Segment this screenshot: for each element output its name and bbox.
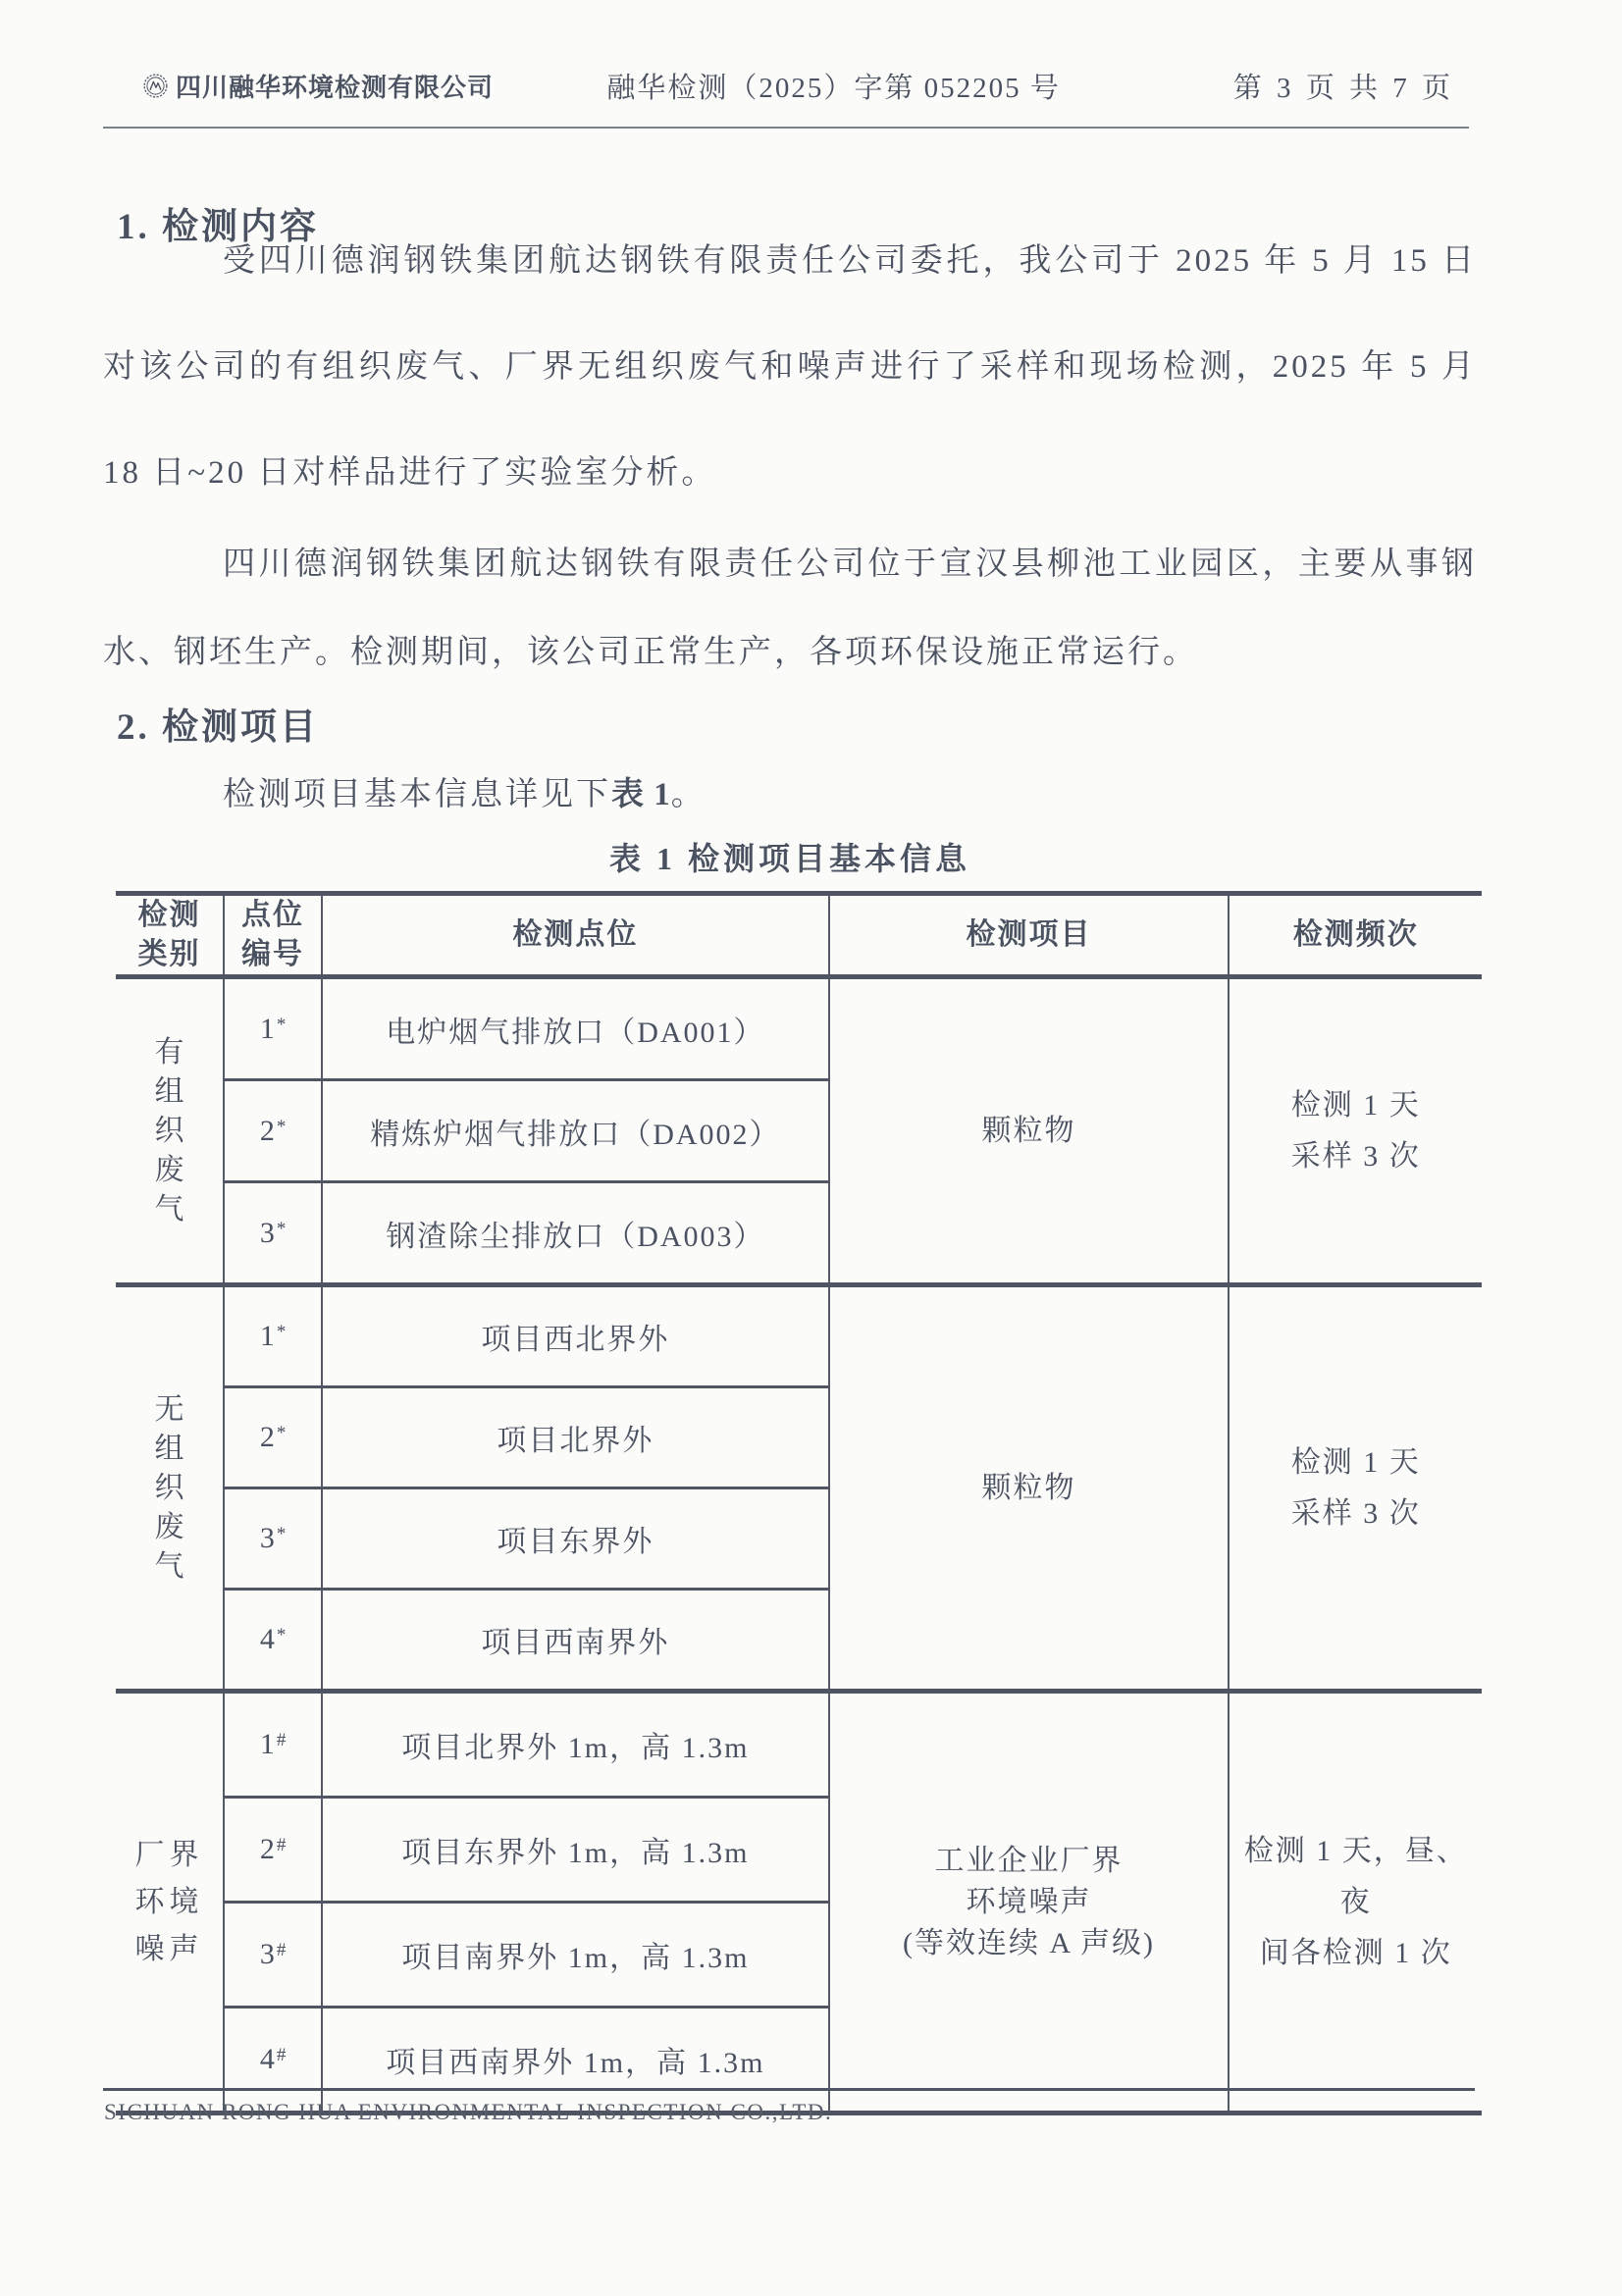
point-number-mark: * <box>277 1322 287 1342</box>
section1-paragraph1: 受四川德润钢铁集团航达钢铁有限责任公司委托，我公司于 2025 年 5 月 15… <box>103 208 1477 526</box>
footer-divider <box>103 2088 1475 2091</box>
header-company-name: 四川融华环境检测有限公司 <box>176 68 494 104</box>
point-number-cell: 2* <box>224 1080 322 1182</box>
point-number: 2 <box>260 1115 277 1147</box>
page-content: 四川融华环境检测有限公司 融华检测（2025）字第 052205 号 第 3 页… <box>103 0 1482 2296</box>
section2-paragraph: 检测项目基本信息详见下表 1。 <box>103 767 1477 822</box>
frequency-cell: 检测 1 天 采样 3 次 <box>1229 977 1482 1285</box>
frequency-cell: 检测 1 天 采样 3 次 <box>1229 1285 1482 1692</box>
table-caption: 表 1 检测项目基本信息 <box>103 834 1477 879</box>
point-number-cell: 3# <box>224 1903 322 2008</box>
point-number-mark: * <box>277 1219 287 1239</box>
point-number-cell: 2* <box>224 1387 322 1488</box>
point-number-cell: 3* <box>224 1488 322 1590</box>
point-number: 4 <box>260 1623 277 1655</box>
header-page-info: 第 3 页 共 7 页 <box>1233 66 1454 106</box>
section2-title: 2. 检测项目 <box>117 697 319 750</box>
point-number-cell: 2# <box>224 1798 322 1903</box>
point-number-mark: # <box>277 1940 287 1960</box>
category-cell: 厂界 环境 噪声 <box>116 1692 224 2113</box>
point-number-mark: * <box>277 1117 287 1137</box>
point-number: 3 <box>260 1938 277 1970</box>
point-number-mark: # <box>277 1835 287 1855</box>
frequency-cell: 检测 1 天，昼、夜 间各检测 1 次 <box>1229 1692 1482 2113</box>
point-number-mark: * <box>277 1625 287 1645</box>
point-number-mark: # <box>277 2045 287 2065</box>
section1-paragraph2: 四川德润钢铁集团航达钢铁有限责任公司位于宣汉县柳池工业园区，主要从事钢水、钢坯生… <box>103 520 1477 697</box>
point-number-cell: 4# <box>224 2008 322 2113</box>
test-items-table: 检测 类别 点位 编号 检测点位 检测项目 检测频次 有 组 织 废 气 1* … <box>116 891 1482 2115</box>
point-number-mark: # <box>277 1730 287 1750</box>
test-item-cell: 工业企业厂界 环境噪声 (等效连续 A 声级) <box>829 1692 1230 2113</box>
table-header-row: 检测 类别 点位 编号 检测点位 检测项目 检测频次 <box>116 894 1482 977</box>
point-location-cell: 精炼炉烟气排放口（DA002） <box>322 1080 828 1182</box>
point-number: 2 <box>260 1833 277 1865</box>
col-header-frequency: 检测频次 <box>1229 894 1482 977</box>
table-row: 有 组 织 废 气 1* 电炉烟气排放口（DA001） 颗粒物 检测 1 天 采… <box>116 977 1482 1080</box>
header-company: 四川融华环境检测有限公司 <box>142 68 494 104</box>
col-header-category: 检测 类别 <box>116 894 224 977</box>
col-header-point-no: 点位 编号 <box>224 894 322 977</box>
company-seal-icon <box>142 73 169 99</box>
point-number: 1 <box>260 1013 277 1045</box>
point-location-cell: 项目西南界外 1m，高 1.3m <box>322 2008 828 2113</box>
footer-company-en: SICHUAN RONG HUA ENVIRONMENTAL INSPECTIO… <box>104 2100 832 2125</box>
header-doc-number: 融华检测（2025）字第 052205 号 <box>606 66 1061 106</box>
point-number-mark: * <box>277 1524 287 1544</box>
header-divider <box>103 127 1469 129</box>
point-number-mark: * <box>277 1015 287 1035</box>
page-header: 四川融华环境检测有限公司 融华检测（2025）字第 052205 号 第 3 页… <box>103 51 1482 110</box>
table-row: 厂界 环境 噪声 1# 项目北界外 1m，高 1.3m 工业企业厂界 环境噪声 … <box>116 1692 1482 1798</box>
point-number: 4 <box>260 2043 277 2075</box>
point-location-cell: 项目西南界外 <box>322 1590 828 1692</box>
col-header-point: 检测点位 <box>322 894 828 977</box>
point-number-cell: 3* <box>224 1182 322 1285</box>
point-number-mark: * <box>277 1423 287 1443</box>
point-location-cell: 项目北界外 <box>322 1387 828 1488</box>
point-number-cell: 1* <box>224 1285 322 1387</box>
point-number-cell: 1# <box>224 1692 322 1798</box>
point-number-cell: 4* <box>224 1590 322 1692</box>
section2-paragraph-end: 。 <box>671 777 706 812</box>
point-location-cell: 钢渣除尘排放口（DA003） <box>322 1182 828 1285</box>
point-number: 2 <box>260 1421 277 1453</box>
point-number: 1 <box>260 1320 277 1352</box>
point-number: 1 <box>260 1728 277 1760</box>
category-cell: 有 组 织 废 气 <box>116 977 224 1285</box>
point-location-cell: 项目北界外 1m，高 1.3m <box>322 1692 828 1798</box>
point-number: 3 <box>260 1522 277 1554</box>
point-number: 3 <box>260 1217 277 1249</box>
point-number-cell: 1* <box>224 977 322 1080</box>
point-location-cell: 项目东界外 <box>322 1488 828 1590</box>
col-header-item: 检测项目 <box>829 894 1230 977</box>
document-page: 四川融华环境检测有限公司 融华检测（2025）字第 052205 号 第 3 页… <box>0 0 1622 2296</box>
table-reference: 表 1 <box>611 777 671 812</box>
point-location-cell: 电炉烟气排放口（DA001） <box>322 977 828 1080</box>
test-item-cell: 颗粒物 <box>829 977 1230 1285</box>
category-cell: 无 组 织 废 气 <box>116 1285 224 1692</box>
section2-paragraph-text: 检测项目基本信息详见下 <box>223 777 611 812</box>
test-item-cell: 颗粒物 <box>829 1285 1230 1692</box>
point-location-cell: 项目西北界外 <box>322 1285 828 1387</box>
point-location-cell: 项目南界外 1m，高 1.3m <box>322 1903 828 2008</box>
point-location-cell: 项目东界外 1m，高 1.3m <box>322 1798 828 1903</box>
table-row: 无 组 织 废 气 1* 项目西北界外 颗粒物 检测 1 天 采样 3 次 <box>116 1285 1482 1387</box>
